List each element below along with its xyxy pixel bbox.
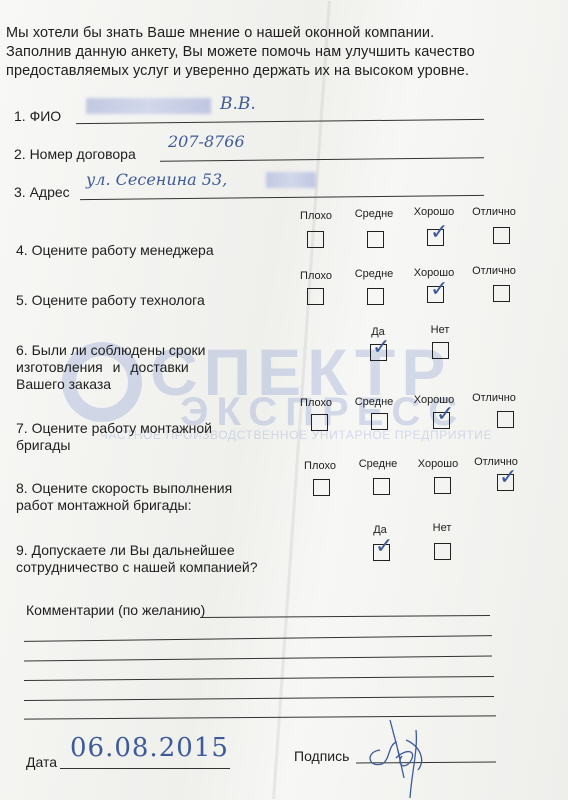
option-label: Плохо bbox=[290, 460, 350, 472]
option-label: Плохо bbox=[286, 397, 346, 409]
label-line: 9. Допускаете ли Вы дальнейшее bbox=[16, 542, 258, 559]
date-underline bbox=[60, 768, 230, 769]
label-line: изготовления и доставки bbox=[16, 359, 205, 376]
fio-value[interactable]: В.В. bbox=[220, 94, 256, 114]
check-mark-icon: ✓ bbox=[499, 467, 517, 489]
q9-checkbox-net[interactable] bbox=[434, 543, 451, 560]
q5-checkbox-otlichno[interactable] bbox=[493, 285, 510, 302]
question-9-label: 9. Допускаете ли Вы дальнейшее сотруднич… bbox=[16, 542, 258, 576]
intro-line: предоставляемых услуг и уверенно держать… bbox=[6, 62, 475, 81]
intro-line: Мы хотели бы знать Ваше мнение о нашей о… bbox=[6, 24, 475, 43]
check-mark-icon: ✓ bbox=[372, 337, 390, 359]
question-8-label: 8. Оцените скорость выполнения работ мон… bbox=[16, 480, 232, 514]
option-label: Отлично bbox=[464, 392, 524, 404]
signature-label: Подпись bbox=[294, 748, 349, 764]
option-label: Средне bbox=[348, 458, 408, 470]
intro-text: Мы хотели бы знать Ваше мнение о нашей о… bbox=[6, 24, 475, 81]
contract-value[interactable]: 207-8766 bbox=[168, 132, 245, 151]
redacted-address bbox=[266, 172, 316, 188]
signature-scribble-icon[interactable] bbox=[360, 700, 440, 800]
check-mark-icon: ✓ bbox=[430, 222, 448, 244]
q4-checkbox-sredne[interactable] bbox=[367, 231, 384, 248]
contract-label: 2. Номер договора bbox=[14, 146, 136, 162]
check-mark-icon: ✓ bbox=[436, 404, 454, 426]
option-label: Отлично bbox=[464, 265, 524, 277]
question-7-label: 7. Оцените работу монтажной бригады bbox=[16, 420, 212, 454]
address-value[interactable]: ул. Сесенина 53, bbox=[86, 170, 227, 189]
redacted-name bbox=[86, 98, 211, 114]
option-label: Средне bbox=[344, 208, 404, 220]
option-label: Хорошо bbox=[408, 458, 468, 470]
q7-checkbox-plokho[interactable] bbox=[311, 414, 328, 431]
option-label: Нет bbox=[410, 324, 470, 336]
question-4-label: 4. Оцените работу менеджера bbox=[16, 242, 214, 259]
option-label: Хорошо bbox=[404, 206, 464, 218]
date-label: Дата bbox=[26, 754, 57, 770]
intro-line: Заполнив данную анкету, Вы можете помочь… bbox=[6, 43, 475, 62]
q8-checkbox-khorosho[interactable] bbox=[434, 477, 451, 494]
option-label: Нет bbox=[412, 522, 472, 534]
q8-checkbox-plokho[interactable] bbox=[313, 479, 330, 496]
date-value[interactable]: 06.08.2015 bbox=[70, 733, 229, 763]
q7-checkbox-otlichno[interactable] bbox=[497, 411, 514, 428]
q7-checkbox-sredne[interactable] bbox=[371, 413, 388, 430]
label-line: бригады bbox=[16, 437, 212, 454]
question-5-label: 5. Оцените работу технолога bbox=[16, 292, 205, 309]
label-line: 8. Оцените скорость выполнения bbox=[16, 480, 232, 497]
option-label: Средне bbox=[344, 268, 404, 280]
q4-checkbox-otlichno[interactable] bbox=[493, 227, 510, 244]
q8-checkbox-sredne[interactable] bbox=[373, 478, 390, 495]
option-label: Плохо bbox=[286, 270, 346, 282]
q6-checkbox-net[interactable] bbox=[432, 342, 449, 359]
comments-label: Комментарии (по желанию) bbox=[26, 602, 205, 618]
check-mark-icon: ✓ bbox=[430, 279, 448, 301]
address-label: 3. Адрес bbox=[14, 184, 70, 200]
question-6-label: 6. Были ли соблюдены сроки изготовления … bbox=[16, 342, 205, 393]
label-line: 7. Оцените работу монтажной bbox=[16, 420, 212, 437]
label-line: работ монтажной бригады: bbox=[16, 497, 232, 514]
label-line: 6. Были ли соблюдены сроки bbox=[16, 342, 205, 359]
check-mark-icon: ✓ bbox=[375, 536, 393, 558]
q5-checkbox-sredne[interactable] bbox=[367, 288, 384, 305]
q5-checkbox-plokho[interactable] bbox=[307, 288, 324, 305]
option-label: Отлично bbox=[464, 206, 524, 218]
option-label: Хорошо bbox=[404, 394, 464, 406]
fio-label: 1. ФИО bbox=[14, 108, 61, 124]
option-label: Средне bbox=[344, 396, 404, 408]
label-line: сотрудничество с нашей компанией? bbox=[16, 559, 258, 576]
option-label: Плохо bbox=[286, 210, 346, 222]
label-line: Вашего заказа bbox=[16, 376, 205, 393]
q4-checkbox-plokho[interactable] bbox=[307, 231, 324, 248]
